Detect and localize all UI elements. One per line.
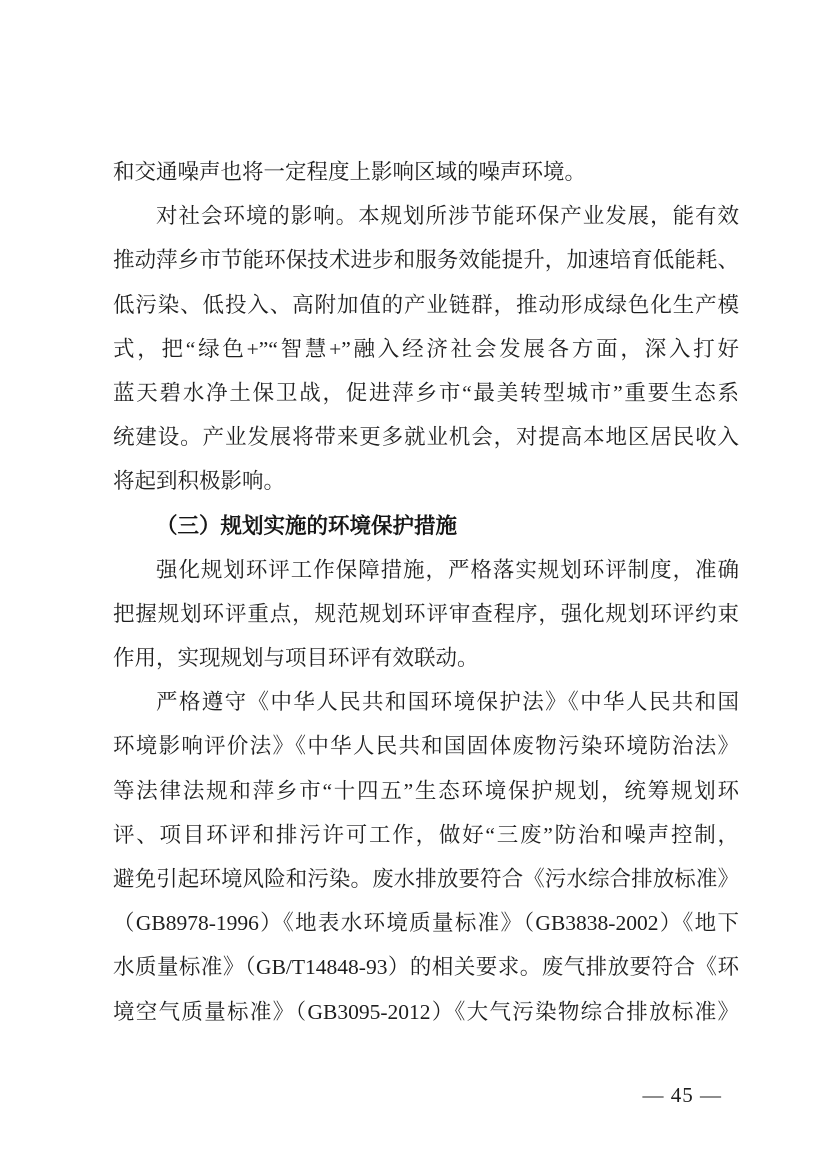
document-body: 和交通噪声也将一定程度上影响区域的噪声环境。对社会环境的影响。本规划所涉节能环保… — [113, 150, 739, 1034]
text-line: （GB8978-1996）《地表水环境质量标准》（GB3838-2002）《地下 — [113, 901, 739, 945]
text-line: 统建设。产业发展将带来更多就业机会，对提高本地区居民收入 — [113, 415, 739, 459]
text-line: 作用，实现规划与项目环评有效联动。 — [113, 636, 739, 680]
page-number: — 45 — — [643, 1082, 723, 1108]
section-heading: （三）规划实施的环境保护措施 — [113, 504, 739, 548]
text-line: 强化规划环评工作保障措施，严格落实规划环评制度，准确 — [113, 548, 739, 592]
text-line: 和交通噪声也将一定程度上影响区域的噪声环境。 — [113, 150, 739, 194]
text-line: 推动萍乡市节能环保技术进步和服务效能提升，加速培育低能耗、 — [113, 238, 739, 282]
text-line: 评、项目环评和排污许可工作，做好“三废”防治和噪声控制， — [113, 813, 739, 857]
document-page: 和交通噪声也将一定程度上影响区域的噪声环境。对社会环境的影响。本规划所涉节能环保… — [0, 0, 826, 1169]
text-line: 环境影响评价法》《中华人民共和国固体废物污染环境防治法》 — [113, 724, 739, 768]
text-line: 对社会环境的影响。本规划所涉节能环保产业发展，能有效 — [113, 194, 739, 238]
text-line: 境空气质量标准》（GB3095-2012）《大气污染物综合排放标准》 — [113, 990, 739, 1034]
text-line: 将起到积极影响。 — [113, 459, 739, 503]
text-line: 避免引起环境风险和污染。废水排放要符合《污水综合排放标准》 — [113, 857, 739, 901]
text-line: 严格遵守《中华人民共和国环境保护法》《中华人民共和国 — [113, 680, 739, 724]
text-line: 式，把“绿色+”“智慧+”融入经济社会发展各方面，深入打好 — [113, 327, 739, 371]
text-line: 水质量标准》（GB/T14848-93）的相关要求。废气排放要符合《环 — [113, 945, 739, 989]
text-line: 把握规划环评重点，规范规划环评审查程序，强化规划环评约束 — [113, 592, 739, 636]
text-line: 低污染、低投入、高附加值的产业链群，推动形成绿色化生产模 — [113, 283, 739, 327]
text-line: 等法律法规和萍乡市“十四五”生态环境保护规划，统筹规划环 — [113, 769, 739, 813]
text-line: 蓝天碧水净土保卫战，促进萍乡市“最美转型城市”重要生态系 — [113, 371, 739, 415]
